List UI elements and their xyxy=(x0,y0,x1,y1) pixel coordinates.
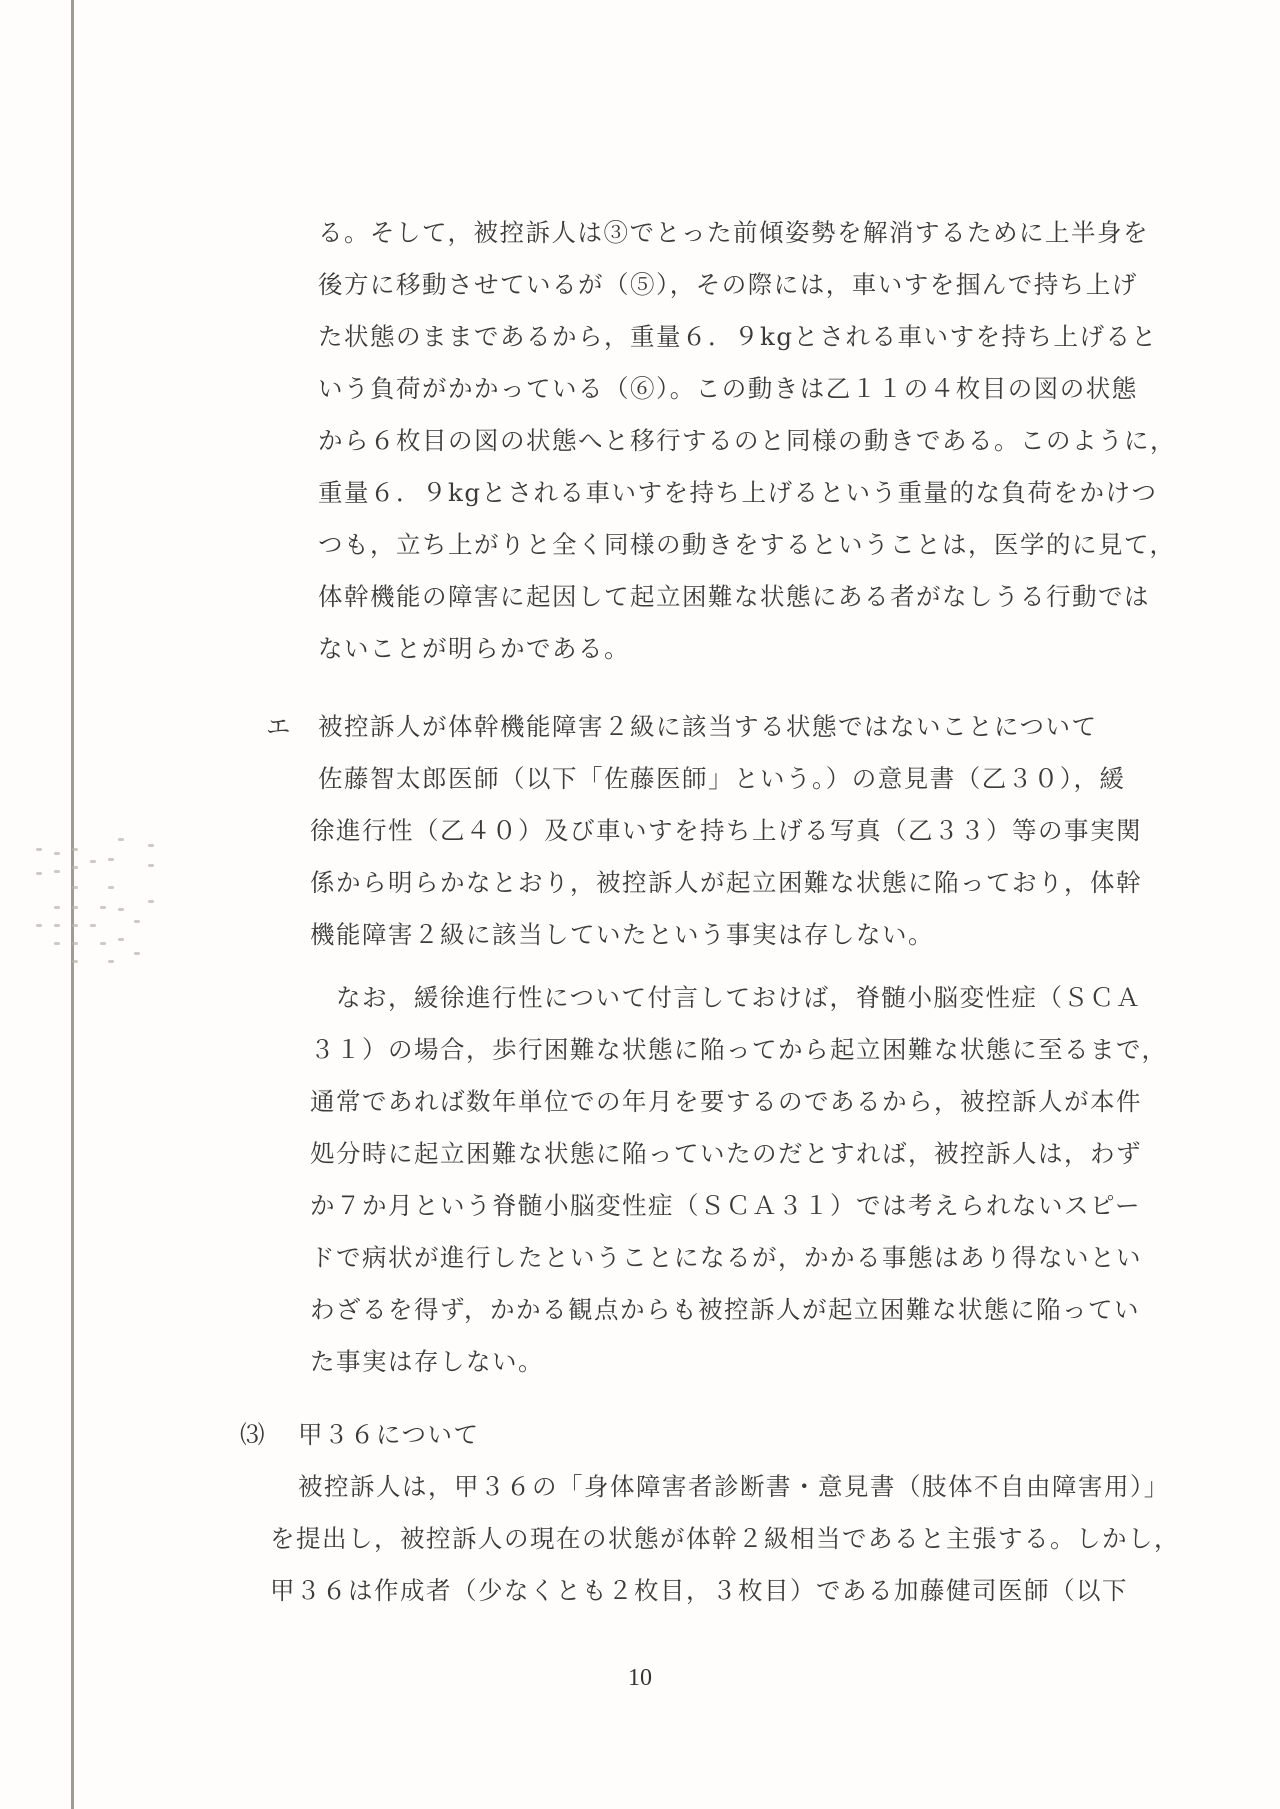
body-line: ないことが明らかである。 xyxy=(318,634,630,664)
page-number: 10 xyxy=(0,1665,1280,1692)
body-line: か７か月という脊髄小脳変性症（ＳＣＡ３１）では考えられないスピー xyxy=(310,1191,1141,1221)
body-line: つも，立ち上がりと全く同様の動きをするということは，医学的に見て， xyxy=(318,530,1176,560)
punch-hole-marks xyxy=(30,830,160,970)
body-line: 佐藤智太郎医師（以下「佐藤医師」という。）の意見書（乙３０），緩 xyxy=(318,764,1126,794)
body-line: 甲３６は作成者（少なくとも２枚目，３枚目）である加藤健司医師（以下 xyxy=(270,1576,1128,1606)
section-heading: 被控訴人が体幹機能障害２級に該当する状態ではないことについて xyxy=(318,712,1098,742)
section-heading: 甲３６について xyxy=(298,1420,480,1450)
section-marker: エ xyxy=(266,712,292,742)
body-line: 機能障害２級に該当していたという事実は存しない。 xyxy=(310,920,934,950)
body-line: ３１）の場合，歩行困難な状態に陥ってから起立困難な状態に至るまで， xyxy=(310,1035,1168,1065)
section-marker: ⑶ xyxy=(240,1420,266,1450)
body-line: から６枚目の図の状態へと移行するのと同様の動きである。このように， xyxy=(318,426,1176,456)
body-line: る。そして，被控訴人は③でとった前傾姿勢を解消するために上半身を xyxy=(318,218,1149,248)
body-line: 通常であれば数年単位での年月を要するのであるから，被控訴人が本件 xyxy=(310,1087,1142,1117)
body-line: 処分時に起立困難な状態に陥っていたのだとすれば，被控訴人は，わず xyxy=(310,1139,1142,1169)
body-line: た状態のままであるから，重量６．９kgとされる車いすを持ち上げると xyxy=(318,322,1158,352)
body-line: ドで病状が進行したということになるが，かかる事態はあり得ないとい xyxy=(310,1243,1142,1273)
body-line: 重量６．９kgとされる車いすを持ち上げるという重量的な負荷をかけつ xyxy=(318,478,1158,508)
body-line: 係から明らかなとおり，被控訴人が起立困難な状態に陥っており，体幹 xyxy=(310,868,1142,898)
body-line: 後方に移動させているが（⑤），その際には，車いすを掴んで持ち上げ xyxy=(318,270,1138,300)
body-line: いう負荷がかかっている（⑥）。この動きは乙１１の４枚目の図の状態 xyxy=(318,374,1138,404)
body-line: なお，緩徐進行性について付言しておけば，脊髄小脳変性症（ＳＣＡ xyxy=(336,983,1142,1013)
body-line: わざるを得ず，かかる観点からも被控訴人が起立困難な状態に陥ってい xyxy=(310,1295,1140,1325)
body-line: を提出し，被控訴人の現在の状態が体幹２級相当であると主張する。しかし， xyxy=(270,1524,1180,1554)
body-line: 体幹機能の障害に起因して起立困難な状態にある者がなしうる行動では xyxy=(318,582,1150,612)
body-line: 被控訴人は，甲３６の「身体障害者診断書・意見書（肢体不自由障害用）」 xyxy=(298,1472,1170,1502)
body-line: た事実は存しない。 xyxy=(310,1347,544,1377)
body-line: 徐進行性（乙４０）及び車いすを持ち上げる写真（乙３３）等の事実関 xyxy=(310,816,1142,846)
